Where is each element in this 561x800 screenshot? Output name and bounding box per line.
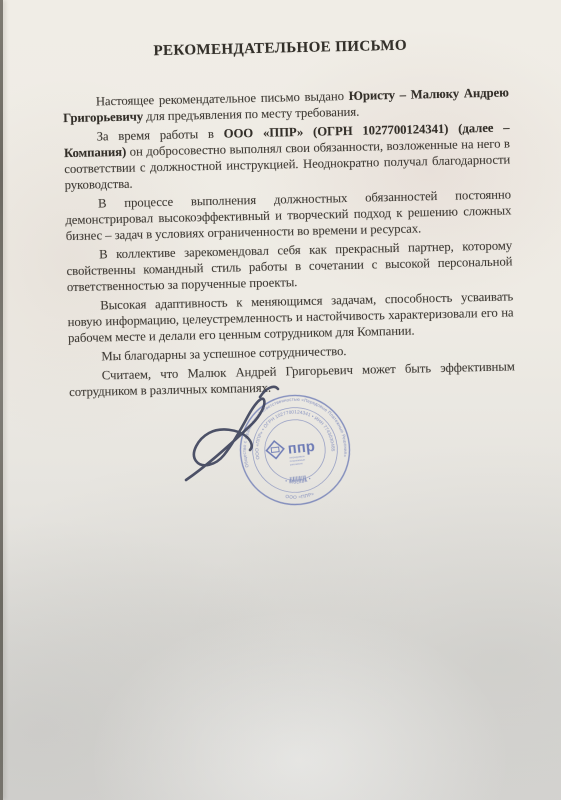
letter-content: РЕКОМЕНДАТЕЛЬНОЕ ПИСЬМО Настоящее рекоме… [0,0,561,626]
paragraph-2: За время работы в ООО «ППР» (ОГРН 102770… [63,119,510,193]
paragraph-3: В процессе выполнения должностных обязан… [65,186,512,244]
signature-flourish-stroke [260,387,278,397]
scanned-letter-page: РЕКОМЕНДАТЕЛЬНОЕ ПИСЬМО Настоящее рекоме… [0,0,561,800]
signature-main-stroke [186,399,264,480]
paragraph-2-post: он добросовестно выполнял свои обязаннос… [64,136,510,192]
paragraph-4: В коллективе зарекомендовал себя как пре… [66,237,513,295]
paragraph-2-pre: За время работы в [96,127,223,144]
signature [160,372,330,512]
letter-body: Настоящее рекомендательное письмо выдано… [63,84,516,403]
paragraph-5: Высокая адаптивность к меняющимся задача… [67,288,514,346]
paragraph-1-post: для предъявления по месту требования. [143,105,359,124]
letter-title: РЕКОМЕНДАТЕЛЬНОЕ ПИСЬМО [0,34,561,63]
